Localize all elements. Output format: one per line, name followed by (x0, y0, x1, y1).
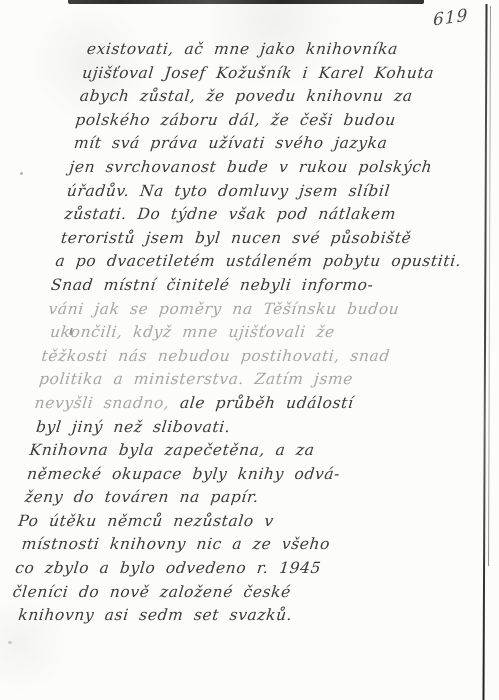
faint-pencil-text: váni jak se poměry na Těšínsku budou (48, 300, 401, 318)
ink-text: Po útěku němců nezůstalo v (17, 512, 274, 530)
handwritten-line: co zbylo a bylo odvedeno r. 1945 (14, 557, 427, 581)
handwritten-line: mít svá práva užívati svého jazyka (73, 132, 472, 156)
handwritten-line: politika a ministerstva. Zatím jsme (38, 368, 447, 392)
ink-text: Knihovna byla zapečetěna, a za (29, 441, 316, 459)
handwritten-line: zůstati. Do týdne však pod nátlakem (63, 203, 464, 227)
faint-pencil-text: politika a ministerstva. Zatím jsme (38, 370, 354, 388)
handwritten-line: byl jiný než slibovati. (35, 416, 442, 440)
paper-speck (8, 641, 12, 644)
ink-text: abych zůstal, že povedu knihovnu za (79, 87, 414, 105)
handwritten-line: existovati, ač mne jako knihovníka (86, 38, 482, 62)
ink-text: ujišťoval Josef Kožušník i Karel Kohuta (81, 64, 435, 82)
ink-text: místnosti knihovny nic a ze všeho (21, 535, 331, 553)
ink-text: členíci do nově založené české (12, 583, 292, 601)
ink-text: existovati, ač mne jako knihovníka (86, 40, 399, 58)
ink-text: ženy do továren na papír. (24, 488, 260, 506)
handwritten-line: knihovny asi sedm set svazků. (17, 604, 422, 628)
paper-speck (20, 172, 23, 175)
handwritten-line: teroristů jsem byl nucen své působiště (60, 227, 462, 251)
ink-text: úřadův. Na tyto domluvy jsem slíbil (66, 182, 391, 200)
handwritten-line: jen svrchovanost bude v rukou polských (68, 156, 469, 180)
faint-pencil-text: nevyšli snadno, (34, 394, 171, 412)
handwritten-line: Knihovna byla zapečetěna, a za (28, 439, 439, 463)
ink-text: Snad místní činitelé nebyli informo- (50, 276, 374, 294)
handwritten-line: a po dvacetiletém ustáleném pobytu opust… (54, 250, 459, 274)
page-edge-line (482, 4, 487, 700)
handwritten-line: členíci do nově založené české (11, 581, 424, 605)
handwritten-line: ujišťoval Josef Kožušník i Karel Kohuta (81, 62, 479, 86)
handwritten-text-block: existovati, ač mne jako knihovníkaujišťo… (0, 38, 482, 628)
page-edge-line-secondary (488, 6, 491, 566)
handwritten-line: ženy do továren na papír. (23, 486, 434, 510)
handwritten-line: váni jak se poměry na Těšínsku budou (47, 298, 454, 322)
ink-text: mít svá práva užívati svého jazyka (73, 134, 388, 152)
ink-text: co zbylo a bylo odvedeno r. 1945 (14, 559, 322, 577)
handwritten-line: Po útěku němců nezůstalo v (17, 510, 432, 534)
handwritten-line: nevyšli snadno, ale průběh událostí (33, 392, 444, 416)
scanned-document-page: 619 existovati, ač mne jako knihovníkauj… (0, 0, 499, 700)
handwritten-line: těžkosti nás nebudou postihovati, snad (40, 345, 449, 369)
ink-text: ale průběh událostí (169, 394, 355, 412)
handwritten-line: polského záboru dál, že češi budou (74, 109, 474, 133)
handwritten-line: úřadův. Na tyto domluvy jsem slíbil (66, 180, 467, 204)
scan-artifact-top-band (68, 0, 424, 4)
handwritten-line: Snad místní činitelé nebyli informo- (50, 274, 457, 298)
handwritten-line: místnosti knihovny nic a ze všeho (20, 533, 429, 557)
ink-text: jen svrchovanost bude v rukou polských (68, 158, 433, 176)
handwritten-line: abych zůstal, že povedu knihovnu za (79, 85, 477, 109)
page-number: 619 (433, 5, 468, 30)
handwritten-line: německé okupace byly knihy odvá- (26, 463, 437, 487)
ink-text: knihovny asi sedm set svazků. (17, 606, 293, 624)
ink-text: teroristů jsem byl nucen své působiště (60, 229, 412, 247)
handwritten-line: ukončili, když mne ujišťovali že (49, 321, 452, 345)
ink-text: byl jiný než slibovati. (35, 418, 231, 436)
ink-text: a po dvacetiletém ustáleném pobytu opust… (55, 252, 463, 270)
ink-text: polského záboru dál, že češi budou (74, 111, 396, 129)
faint-pencil-text: těžkosti nás nebudou postihovati, snad (41, 347, 391, 365)
faint-pencil-text: ukončili, když mne ujišťovali že (49, 323, 336, 341)
ink-text: německé okupace byly knihy odvá- (26, 465, 341, 483)
ink-text: zůstati. Do týdne však pod nátlakem (64, 205, 397, 223)
